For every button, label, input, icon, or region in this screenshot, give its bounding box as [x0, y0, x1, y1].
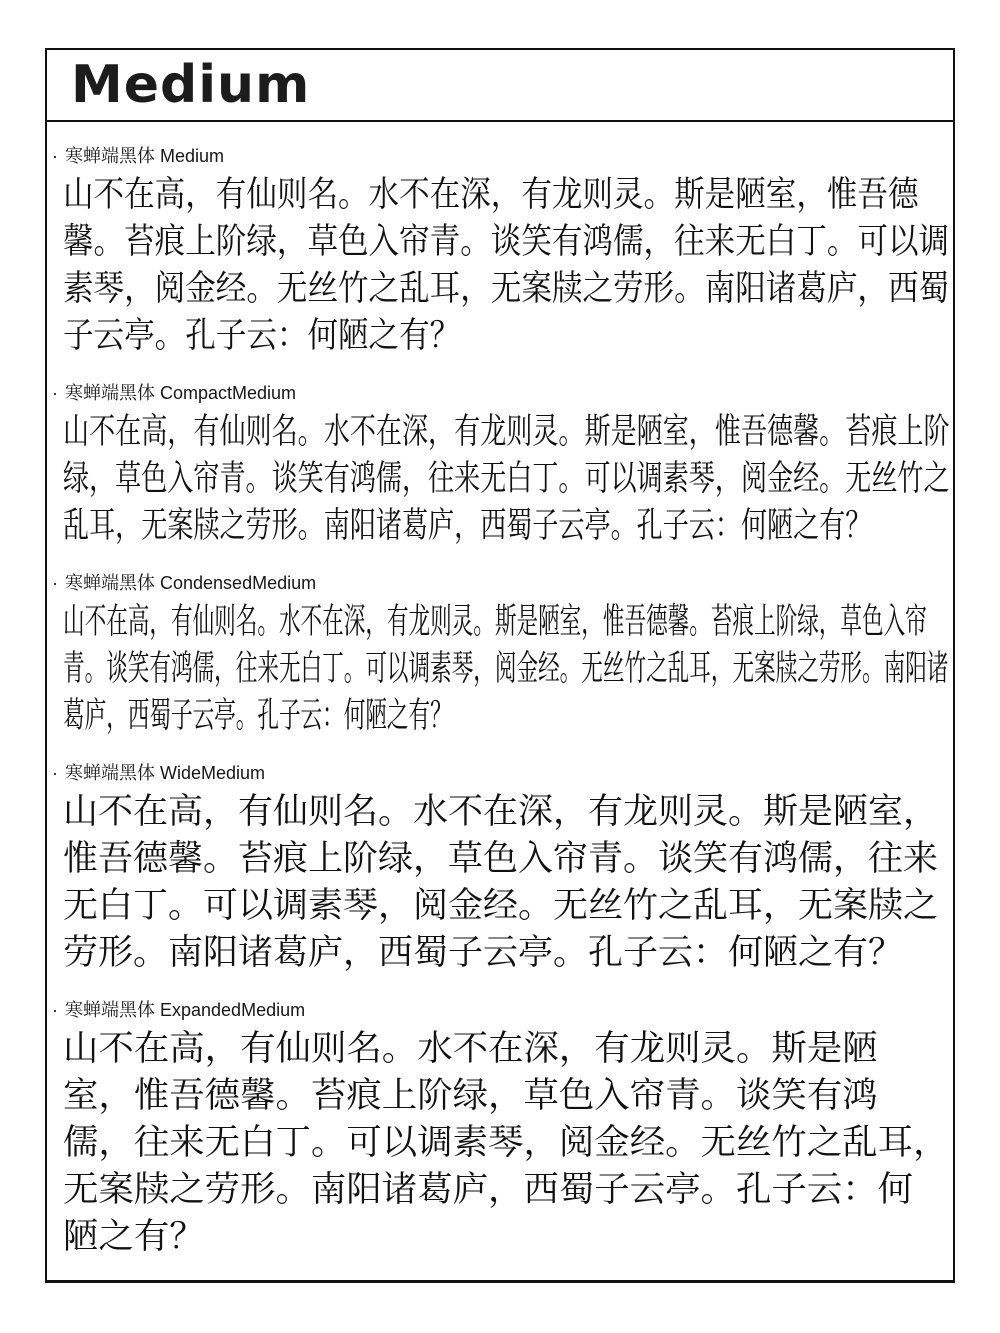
bullet-marker: ·	[52, 380, 58, 406]
sample-line: 山不在高，有仙则名。水不在深，有龙则灵。斯是陋室，惟吾德馨。苔痕上阶绿，草色入帘	[63, 598, 610, 645]
style-label-row: ·寒蝉端黑体 Medium	[52, 143, 949, 169]
specimen-section-expanded-medium: ·寒蝉端黑体 ExpandedMedium 山不在高，有仙则名。水不在深，有龙则…	[63, 997, 949, 1260]
sample-text-condensed-medium: 山不在高，有仙则名。水不在深，有龙则灵。斯是陋室，惟吾德馨。苔痕上阶绿，草色入帘…	[63, 598, 610, 739]
style-label: 寒蝉端黑体 CondensedMedium	[65, 573, 316, 593]
bullet-marker: ·	[52, 143, 58, 169]
sample-line: 子云亭。孔子云：何陋之有？	[63, 312, 836, 359]
sample-text-medium: 山不在高，有仙则名。水不在深，有龙则灵。斯是陋室，惟吾德 馨。苔痕上阶绿，草色入…	[63, 171, 836, 359]
sample-line: 劳形。南阳诸葛庐，西蜀子云亭。孔子云：何陋之有？	[63, 929, 949, 976]
style-label-row: ·寒蝉端黑体 CondensedMedium	[52, 570, 949, 596]
sample-line: 青。谈笑有鸿儒，往来无白丁。可以调素琴，阅金经。无丝竹之乱耳，无案牍之劳形。南阳…	[63, 645, 610, 692]
bullet-marker: ·	[52, 570, 58, 596]
style-label-row: ·寒蝉端黑体 ExpandedMedium	[52, 997, 949, 1023]
sample-line: 室，惟吾德馨。苔痕上阶绿，草色入帘青。谈笑有鸿	[63, 1072, 953, 1119]
specimen-section-wide-medium: ·寒蝉端黑体 WideMedium 山不在高，有仙则名。水不在深，有龙则灵。斯是…	[63, 760, 949, 976]
sample-line: 乱耳，无案牍之劳形。南阳诸葛庐，西蜀子云亭。孔子云：何陋之有？	[63, 502, 723, 549]
page-title: Medium	[71, 50, 310, 120]
style-label: 寒蝉端黑体 Medium	[65, 146, 224, 166]
sample-line: 绿，草色入帘青。谈笑有鸿儒，往来无白丁。可以调素琴，阅金经。无丝竹之	[63, 455, 723, 502]
sample-line: 无白丁。可以调素琴，阅金经。无丝竹之乱耳，无案牍之	[63, 882, 949, 929]
sample-text-wide-medium: 山不在高，有仙则名。水不在深，有龙则灵。斯是陋室， 惟吾德馨。苔痕上阶绿，草色入…	[63, 788, 949, 976]
sample-line: 惟吾德馨。苔痕上阶绿，草色入帘青。谈笑有鸿儒，往来	[63, 835, 949, 882]
sample-line: 山不在高，有仙则名。水不在深，有龙则灵。斯是陋室，	[63, 788, 949, 835]
bullet-marker: ·	[52, 760, 58, 786]
specimen-section-medium: ·寒蝉端黑体 Medium 山不在高，有仙则名。水不在深，有龙则灵。斯是陋室，惟…	[63, 143, 949, 359]
title-bar: Medium	[47, 50, 953, 122]
style-label: 寒蝉端黑体 ExpandedMedium	[65, 1000, 305, 1020]
specimen-content: ·寒蝉端黑体 Medium 山不在高，有仙则名。水不在深，有龙则灵。斯是陋室，惟…	[47, 122, 953, 1280]
style-label-row: ·寒蝉端黑体 CompactMedium	[52, 380, 949, 406]
sample-line: 山不在高，有仙则名。水不在深，有龙则灵。斯是陋	[63, 1025, 953, 1072]
style-label-row: ·寒蝉端黑体 WideMedium	[52, 760, 949, 786]
sample-line: 葛庐，西蜀子云亭。孔子云：何陋之有？	[63, 692, 610, 739]
sample-line: 山不在高，有仙则名。水不在深，有龙则灵。斯是陋室，惟吾德馨。苔痕上阶	[63, 408, 723, 455]
style-label: 寒蝉端黑体 WideMedium	[65, 763, 265, 783]
sample-line: 无案牍之劳形。南阳诸葛庐，西蜀子云亭。孔子云：何	[63, 1166, 953, 1213]
sample-line: 素琴，阅金经。无丝竹之乱耳，无案牍之劳形。南阳诸葛庐，西蜀	[63, 265, 836, 312]
sample-text-expanded-medium: 山不在高，有仙则名。水不在深，有龙则灵。斯是陋 室，惟吾德馨。苔痕上阶绿，草色入…	[63, 1025, 953, 1260]
bullet-marker: ·	[52, 997, 58, 1023]
specimen-section-compact-medium: ·寒蝉端黑体 CompactMedium 山不在高，有仙则名。水不在深，有龙则灵…	[63, 380, 949, 549]
sample-line: 陋之有？	[63, 1213, 953, 1260]
sample-line: 馨。苔痕上阶绿，草色入帘青。谈笑有鸿儒，往来无白丁。可以调	[63, 218, 836, 265]
specimen-section-condensed-medium: ·寒蝉端黑体 CondensedMedium 山不在高，有仙则名。水不在深，有龙…	[63, 570, 949, 739]
sample-text-compact-medium: 山不在高，有仙则名。水不在深，有龙则灵。斯是陋室，惟吾德馨。苔痕上阶 绿，草色入…	[63, 408, 723, 549]
style-label: 寒蝉端黑体 CompactMedium	[65, 383, 296, 403]
sample-line: 山不在高，有仙则名。水不在深，有龙则灵。斯是陋室，惟吾德	[63, 171, 836, 218]
sample-line: 儒，往来无白丁。可以调素琴，阅金经。无丝竹之乱耳，	[63, 1119, 953, 1166]
specimen-frame: Medium ·寒蝉端黑体 Medium 山不在高，有仙则名。水不在深，有龙则灵…	[45, 48, 955, 1283]
